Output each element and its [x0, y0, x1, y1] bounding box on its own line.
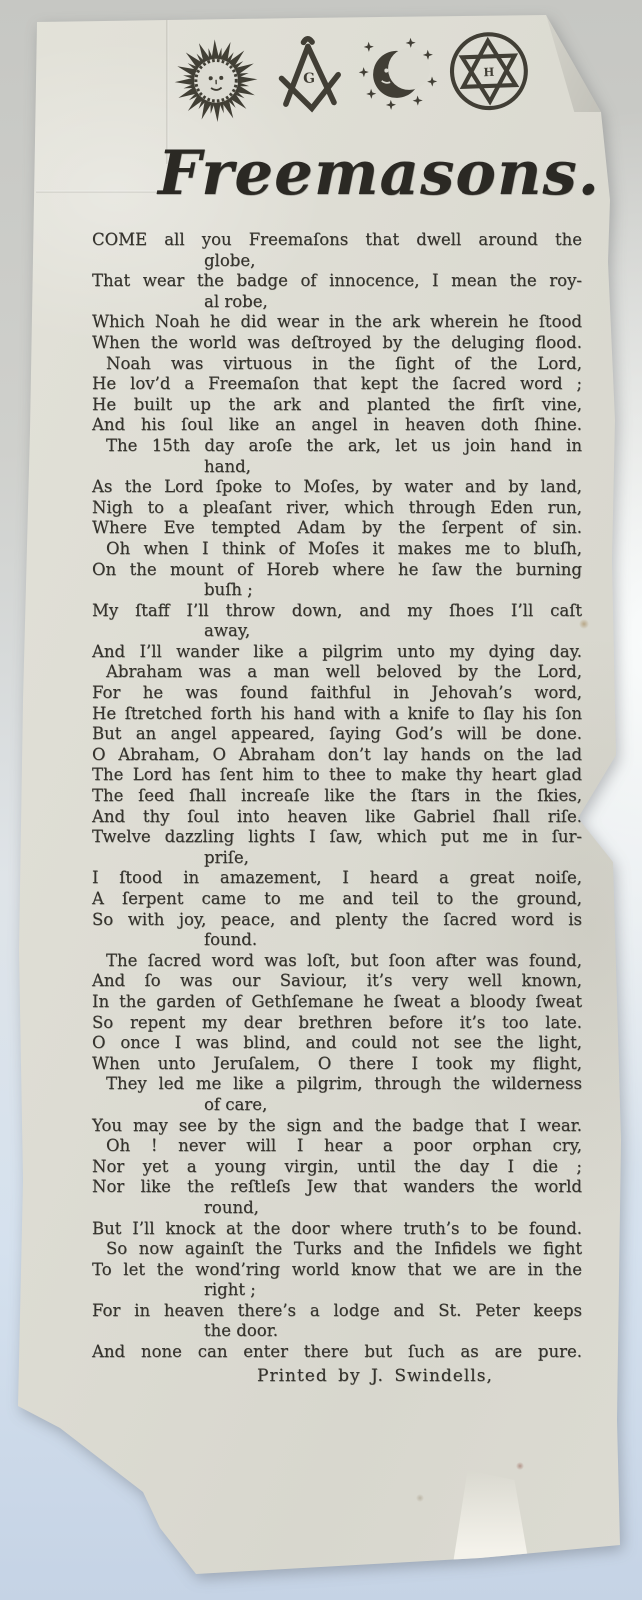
poem-line: You may see by the sign and the badge th…: [92, 1116, 582, 1137]
poem-line: globe,: [92, 251, 582, 272]
poem-line: Where Eve tempted Adam by the ſerpent of…: [92, 518, 582, 539]
poem-line: So now againſt the Turks and the Infidel…: [92, 1239, 582, 1260]
poem-line: The Lord has ſent him to thee to make th…: [92, 765, 582, 786]
poem-line: found.: [92, 930, 582, 951]
poem-line: When the world was deſtroyed by the delu…: [92, 333, 582, 354]
poem-line: The 15th day aroſe the ark, let us join …: [92, 436, 582, 457]
poem-line: Which Noah he did wear in the ark wherei…: [92, 312, 582, 333]
poem-line: priſe,: [92, 848, 582, 869]
poem-line: O once I was blind, and could not see th…: [92, 1033, 582, 1054]
hexagram-icon: H: [447, 29, 532, 114]
poem-line: Oh when I think of Moſes it makes me to …: [92, 539, 582, 560]
poem-line: Nor like the reſtleſs Jew that wanders t…: [92, 1177, 582, 1198]
poem-line: Nor yet a young virgin, until the day I …: [92, 1157, 582, 1178]
poem-line: And thy ſoul into heaven like Gabriel ſh…: [92, 807, 582, 828]
poem-line: right ;: [92, 1280, 582, 1301]
poem-line: My ſtaff I’ll throw down, and my ſhoes I…: [92, 601, 582, 622]
poem-line: As the Lord ſpoke to Moſes, by water and…: [92, 477, 582, 498]
poem-line: In the garden of Gethſemane he ſweat a b…: [92, 992, 582, 1013]
poem-line: COME all you Freemaſons that dwell aroun…: [92, 230, 582, 251]
sun-face-icon: [171, 35, 262, 126]
poem-line: For he was found faithful in Jehovah’s w…: [92, 683, 582, 704]
square-compasses-icon: G: [265, 33, 354, 122]
poem-line: al robe,: [92, 292, 582, 313]
poem-line: O Abraham, O Abraham don’t lay hands on …: [92, 745, 582, 766]
letter-g: G: [303, 70, 315, 86]
poem-line: I ſtood in amazement, I heard a great no…: [92, 868, 582, 889]
poem-line: To let the wond’ring world know that we …: [92, 1260, 582, 1281]
poem-line: And none can enter there but ſuch as are…: [92, 1342, 582, 1363]
poem-line: Abraham was a man well beloved by the Lo…: [92, 662, 582, 683]
poem-line: And ſo was our Saviour, it’s very well k…: [92, 971, 582, 992]
torn-edge-highlight: [452, 1470, 530, 1570]
paper-sheet: G: [0, 0, 642, 1600]
poem-line: He lov’d a Freemaſon that kept the ſacre…: [92, 374, 582, 395]
page-title: Freemasons.: [158, 138, 600, 209]
poem-line: They led me like a pilgrim, through the …: [92, 1074, 582, 1095]
poem-line: Oh ! never will I hear a poor orphan cry…: [92, 1136, 582, 1157]
poem-line: But an angel appeared, ſaying God’s will…: [92, 724, 582, 745]
poem-line: of care,: [92, 1095, 582, 1116]
masonic-symbols-row: G: [171, 24, 532, 128]
poem-line: When unto Jeruſalem, O there I took my f…: [92, 1054, 582, 1075]
poem-line: He ſtretched forth his hand with a knife…: [92, 704, 582, 725]
broadside-paper: G: [0, 0, 642, 1600]
folded-corner-shadow: [541, 13, 605, 114]
poem-line: hand,: [92, 457, 582, 478]
poem-line: buſh ;: [92, 580, 582, 601]
poem-line: That wear the badge of innocence, I mean…: [92, 271, 582, 292]
poem-line: A ſerpent came to me and teil to the gro…: [92, 889, 582, 910]
poem-line: And his ſoul like an angel in heaven dot…: [92, 415, 582, 436]
poem-line: round,: [92, 1198, 582, 1219]
photo-backdrop: G: [0, 0, 642, 1600]
poem-line: For in heaven there’s a lodge and St. Pe…: [92, 1301, 582, 1322]
poem-line: On the mount of Horeb where he ſaw the b…: [92, 560, 582, 581]
poem-line: Twelve dazzling lights I ſaw, which put …: [92, 827, 582, 848]
poem-line: The ſeed ſhall increaſe like the ſtars i…: [92, 786, 582, 807]
poem-line: But I’ll knock at the door where truth’s…: [92, 1219, 582, 1240]
poem-line: Noah was virtuous in the ſight of the Lo…: [92, 354, 582, 375]
poem-line: The ſacred word was loſt, but ſoon after…: [92, 951, 582, 972]
poem: COME all you Freemaſons that dwell aroun…: [92, 230, 582, 1363]
poem-line: away,: [92, 621, 582, 642]
poem-line: So repent my dear brethren before it’s t…: [92, 1013, 582, 1034]
poem-line: the door.: [92, 1321, 582, 1342]
printer-imprint: Printed by J. Swindells,: [92, 1366, 642, 1386]
letter-h: H: [483, 65, 494, 79]
moon-stars-icon: [357, 31, 444, 118]
poem-line: Nigh to a pleaſant river, which through …: [92, 498, 582, 519]
paper-crease: [36, 190, 178, 193]
poem-line: And I’ll wander like a pilgrim unto my d…: [92, 642, 582, 663]
poem-line: He built up the ark and planted the firſ…: [92, 395, 582, 416]
poem-line: So with joy, peace, and plenty the ſacre…: [92, 910, 582, 931]
